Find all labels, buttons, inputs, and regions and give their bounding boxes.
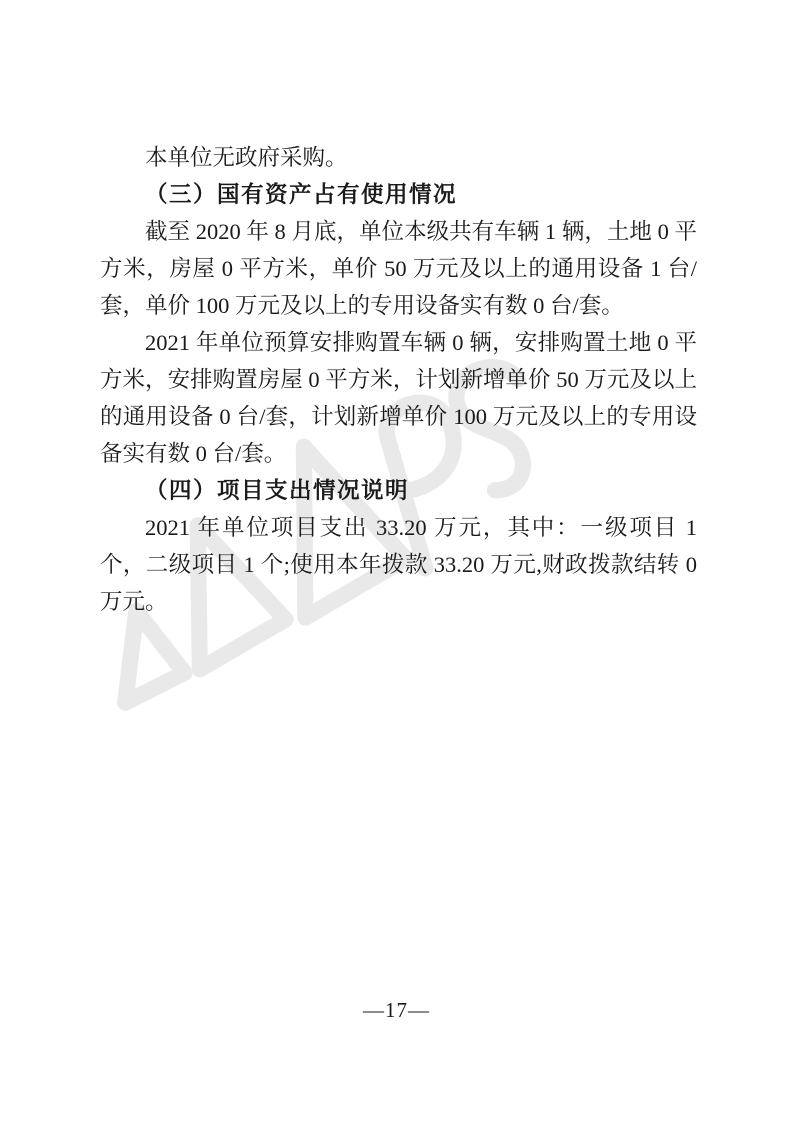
section-heading: （四）项目支出情况说明 xyxy=(100,472,697,509)
page-number: —17— xyxy=(0,998,793,1023)
document-page: 本单位无政府采购。（三）国有资产占有使用情况截至 2020 年 8 月底，单位本… xyxy=(0,0,793,1122)
paragraph: 2021 年单位项目支出 33.20 万元，其中：一级项目 1 个，二级项目 1… xyxy=(100,509,697,620)
paragraph: 本单位无政府采购。 xyxy=(100,139,697,176)
paragraph: 2021 年单位预算安排购置车辆 0 辆，安排购置土地 0 平方米，安排购置房屋… xyxy=(100,324,697,472)
section-heading: （三）国有资产占有使用情况 xyxy=(100,176,697,213)
document-body: 本单位无政府采购。（三）国有资产占有使用情况截至 2020 年 8 月底，单位本… xyxy=(100,139,697,620)
paragraph: 截至 2020 年 8 月底，单位本级共有车辆 1 辆，土地 0 平方米，房屋 … xyxy=(100,213,697,324)
